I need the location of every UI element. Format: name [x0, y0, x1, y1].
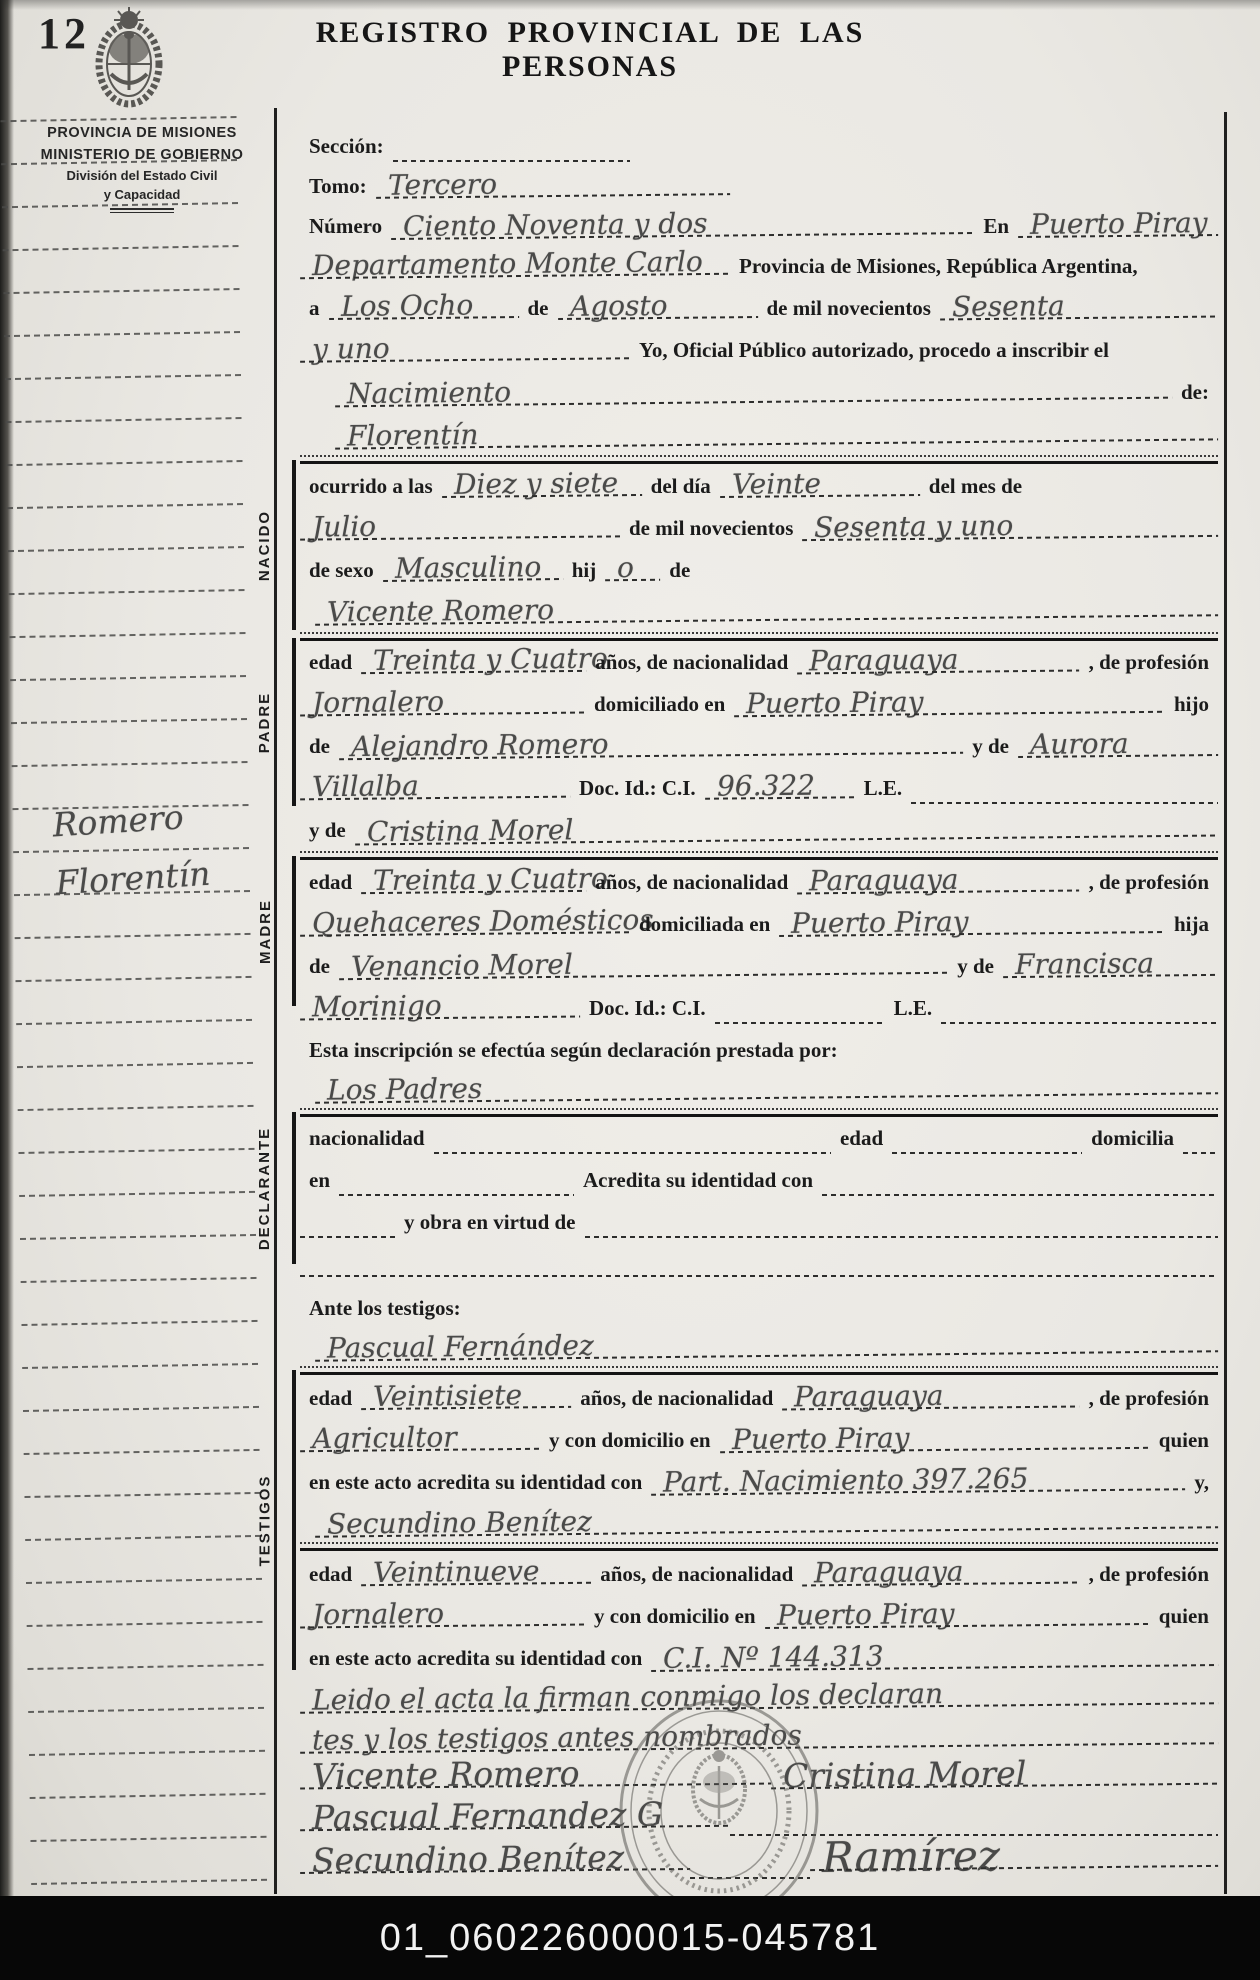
form-row: aLos OchodeAgostode mil novecientosSesen… [300, 288, 1218, 328]
section-separator-rule [300, 632, 1218, 641]
scanned-birth-certificate: 12 REGISTRO PROVINCIAL DE LAS PERSONAS P… [0, 0, 1260, 1980]
fill-line [300, 1207, 395, 1243]
fill-line [892, 1123, 1082, 1159]
witness1-domicile-entry: Puerto Piray [719, 1418, 1150, 1459]
printed-label: de mil novecientos [629, 510, 793, 546]
paternal-grandmother-surname-entry: Villalba [300, 767, 570, 806]
printed-label: hij [572, 552, 597, 588]
margin-line [24, 1449, 262, 1455]
form-row: nacionalidad edad domicilia [300, 1120, 1218, 1160]
form-row: VillalbaDoc. Id.: C.I.96.322L.E. [300, 768, 1218, 808]
year-entry: Sesenta [940, 287, 1218, 326]
printed-label: hija [1174, 906, 1209, 942]
printed-label: a [309, 290, 320, 326]
form-row: Jornaleroy con domicilio enPuerto Pirayq… [300, 1596, 1218, 1636]
margin-line [9, 589, 247, 595]
father-domicile-entry: Puerto Piray [734, 682, 1165, 723]
margin-line [22, 1363, 260, 1369]
printed-label: Acredita su identidad con [583, 1162, 813, 1198]
form-row: edadTreinta y Cuatroaños, de nacionalida… [300, 862, 1218, 902]
witness1-age-entry: Veintisiete [361, 1377, 571, 1415]
form-row: en Acredita su identidad con [300, 1162, 1218, 1202]
witness2-profession-entry: Jornalero [300, 1595, 585, 1634]
printed-label: de [309, 728, 330, 764]
witness1-nationality-entry: Paraguaya [782, 1376, 1080, 1415]
printed-label: de sexo [309, 552, 374, 588]
margin-note: Romero Florentín [39, 788, 212, 913]
margin-line [0, 116, 238, 122]
argentina-coat-of-arms-stamp [88, 4, 170, 112]
section-label-text: PADRE [257, 691, 274, 752]
father-age-entry: Treinta y Cuatro [361, 641, 586, 679]
form-row: Tomo:Tercero [300, 166, 730, 206]
fill-line [822, 1165, 1218, 1201]
printed-label: ocurrido a las [309, 468, 433, 504]
form-row: edadVeintisieteaños, de nacionalidadPara… [300, 1378, 1218, 1418]
printed-label: Doc. Id.: C.I. [589, 990, 706, 1026]
margin-line [30, 1836, 268, 1842]
printed-label: de [528, 290, 549, 326]
margin-line [6, 417, 244, 423]
department-entry: Departamento Monte Carlo [300, 244, 730, 285]
fill-line [941, 993, 1218, 1029]
section-bracket [292, 1112, 296, 1264]
section-label-testigos: TESTIGOS [252, 1370, 278, 1670]
paternal-grandmother-entry: Aurora [1018, 725, 1218, 763]
margin-line [29, 1750, 267, 1756]
maternal-grandmother-entry: Francisca [1003, 945, 1218, 983]
margin-line [20, 1234, 258, 1240]
margin-line [18, 1148, 256, 1154]
birth-year-entry: Sesenta y uno [802, 506, 1218, 546]
printed-label: , de profesión [1089, 1556, 1209, 1592]
section-label-nacido: NACIDO [252, 460, 278, 630]
form-row: y obra en virtud de [300, 1204, 1218, 1244]
witness2-domicile-entry: Puerto Piray [764, 1594, 1150, 1634]
printed-label: edad [840, 1120, 883, 1156]
printed-label: del día [651, 468, 711, 504]
form-row: Florentín [335, 414, 1218, 454]
margin-line [15, 976, 253, 982]
printed-label: en este acto acredita su identidad con [309, 1464, 642, 1500]
section-label-madre: MADRE [252, 856, 278, 1006]
form-row: de sexoMasculinohijode [300, 550, 940, 590]
margin-line [26, 1578, 264, 1584]
printed-label: domiciliada en [639, 906, 770, 942]
form-row: Agricultory con domicilio enPuerto Piray… [300, 1420, 1218, 1460]
printed-label: y con domicilio en [549, 1422, 711, 1458]
printed-label: y de [957, 948, 994, 984]
form-row: edadTreinta y Cuatroaños, de nacionalida… [300, 642, 1218, 682]
margin-line [23, 1406, 261, 1412]
margin-annotation-lines [0, 116, 269, 1910]
margin-line [5, 374, 243, 380]
printed-label: quien [1159, 1422, 1209, 1458]
witness1-name-entry: Pascual Fernández [315, 1321, 1218, 1366]
form-row: NúmeroCiento Noventa y dosEnPuerto Piray [300, 206, 1218, 246]
printed-label: Ante los testigos: [309, 1290, 461, 1326]
section-label-text: TESTIGOS [257, 1474, 274, 1566]
form-row: ocurrido a lasDiez y sietedel díaVeinted… [300, 466, 1218, 506]
witness1-id-entry: Part. Nacimiento 397.265 [651, 1459, 1185, 1501]
section-label-text: NACIDO [257, 509, 274, 580]
printed-label: de [669, 552, 690, 588]
margin-line [28, 1707, 266, 1713]
page-title: REGISTRO PROVINCIAL DE LAS PERSONAS [280, 16, 900, 84]
margin-line [16, 1019, 254, 1025]
printed-label: En [983, 208, 1009, 244]
fill-line [339, 1165, 574, 1201]
section-label-padre: PADRE [252, 638, 278, 806]
margin-line [11, 718, 249, 724]
mother-name-entry: Cristina Morel [355, 805, 1219, 850]
section-label-text: DECLARANTE [257, 1126, 274, 1249]
printed-label: domicilia [1091, 1120, 1174, 1156]
maternal-grandmother-surname-entry: Morinigo [300, 987, 580, 1026]
printed-label: hijo [1174, 686, 1209, 722]
page-number: 12 [38, 8, 90, 59]
witness1-profession-entry: Agricultor [300, 1419, 540, 1458]
signature-mother: Cristina Morel [771, 1754, 1218, 1795]
printed-label: quien [1159, 1598, 1209, 1634]
printed-label: , de profesión [1089, 644, 1209, 680]
mother-age-entry: Treinta y Cuatro [361, 861, 586, 899]
margin-line [25, 1535, 263, 1541]
printed-label: años, de nacionalidad [600, 1556, 793, 1592]
margin-line [27, 1621, 265, 1627]
section-label-declarante: DECLARANTE [252, 1112, 278, 1264]
section-separator-rule [300, 851, 1218, 860]
margin-line [9, 632, 247, 638]
form-row: Juliode mil novecientosSesenta y uno [300, 508, 1218, 548]
margin-line [19, 1191, 257, 1197]
section-separator-rule [300, 1108, 1218, 1117]
printed-label: edad [309, 1380, 352, 1416]
printed-label: en este acto acredita su identidad con [309, 1640, 642, 1676]
printed-label: de [309, 948, 330, 984]
printed-label: del mes de [929, 468, 1022, 504]
printed-label: , de profesión [1089, 1380, 1209, 1416]
margin-line [8, 546, 246, 552]
margin-line [4, 331, 242, 337]
form-row: Nacimientode: [335, 372, 1218, 412]
margin-line [31, 1879, 269, 1885]
section-bracket [292, 638, 296, 806]
father-profession-entry: Jornalero [300, 683, 585, 722]
margin-line [30, 1793, 268, 1799]
birth-month-entry: Julio [300, 506, 620, 545]
father-name-entry: Vicente Romero [315, 585, 1218, 630]
margin-line [7, 503, 245, 509]
tomo-entry: Tercero [375, 164, 730, 204]
printed-label: L.E. [894, 990, 933, 1026]
margin-line [2, 202, 240, 208]
paternal-grandfather-entry: Alejandro Romero [339, 723, 964, 766]
witness2-nationality-entry: Paraguaya [802, 1553, 1080, 1592]
mother-domicile-entry: Puerto Piray [779, 902, 1165, 942]
margin-line [1, 159, 239, 165]
father-ci-entry: 96.322 [704, 767, 854, 805]
printed-label: L.E. [864, 770, 903, 806]
margin-line [18, 1105, 256, 1111]
printed-label: Yo, Oficial Público autorizado, procedo … [639, 332, 1109, 368]
signature-official: Ramírez [810, 1836, 1218, 1876]
mother-nationality-entry: Paraguaya [797, 861, 1080, 900]
printed-label: y de [972, 728, 1009, 764]
printed-label: de: [1181, 374, 1209, 410]
form-row: deAlejandro Romeroy deAurora [300, 726, 1218, 766]
section-label-text: MADRE [257, 899, 274, 964]
year-entry-2: y uno [300, 328, 630, 367]
witness2-name-entry: Secundino Benítez [315, 1497, 1218, 1542]
printed-label: y, [1194, 1464, 1209, 1500]
printed-label: años, de nacionalidad [595, 864, 788, 900]
margin-note-givenname: Florentín [42, 845, 212, 913]
fill-line [911, 773, 1218, 809]
birth-hour-entry: Diez y siete [441, 465, 641, 503]
printed-label: Sección: [309, 128, 384, 164]
seccion-entry [393, 131, 630, 167]
margin-line [17, 1062, 255, 1068]
fill-line [300, 1246, 1218, 1282]
mother-profession-entry: Quehaceres Domésticos [300, 902, 630, 941]
form-right-border [1224, 112, 1227, 1894]
child-name-entry: Florentín [335, 409, 1218, 454]
printed-label: y obra en virtud de [404, 1204, 576, 1240]
section-separator-rule [300, 1366, 1218, 1375]
form-row: Sección: [300, 128, 630, 168]
fill-line [585, 1207, 1218, 1243]
form-row [300, 1246, 1218, 1286]
form-row: Secundino Benítez [315, 1502, 1218, 1542]
form-row: Pascual Fernández [315, 1326, 1218, 1366]
printed-label: edad [309, 864, 352, 900]
maternal-grandfather-entry: Venancio Morel [339, 943, 949, 985]
section-bracket [292, 856, 296, 1006]
printed-label: domiciliado en [594, 686, 725, 722]
printed-label: Número [309, 208, 382, 244]
margin-line [12, 761, 250, 767]
sex-entry: Masculino [383, 549, 563, 587]
printed-label: años, de nacionalidad [580, 1380, 773, 1416]
margin-line [3, 288, 241, 294]
printed-label: Esta inscripción se efectúa según declar… [309, 1032, 838, 1068]
section-separator-rule [300, 455, 1218, 464]
registry-oval-seal-stamp [612, 1694, 827, 1929]
scan-footer-bar: 01_060226000015-045781 [0, 1896, 1260, 1980]
margin-note-surname: Romero [39, 787, 209, 855]
form-row: y deCristina Morel [300, 810, 1218, 850]
printed-label: Doc. Id.: C.I. [579, 770, 696, 806]
fill-line [1183, 1123, 1218, 1159]
margin-line [27, 1664, 265, 1670]
form-row: MorinigoDoc. Id.: C.I. L.E. [300, 988, 1218, 1028]
form-row: edadVeintinueveaños, de nacionalidadPara… [300, 1554, 1218, 1594]
declarant-entry: Los Padres [315, 1063, 1218, 1108]
form-row: en este acto acredita su identidad conPa… [300, 1462, 1218, 1502]
fill-line [715, 993, 885, 1029]
month-entry: Agosto [557, 287, 757, 325]
printed-label: edad [309, 644, 352, 680]
birth-day-entry: Veinte [720, 465, 920, 503]
margin-line [21, 1277, 259, 1283]
margin-line [6, 460, 244, 466]
printed-label: Provincia de Misiones, República Argenti… [739, 248, 1138, 284]
printed-label: , de profesión [1089, 864, 1209, 900]
margin-line [15, 933, 253, 939]
printed-label: años, de nacionalidad [595, 644, 788, 680]
section-bracket [292, 460, 296, 630]
printed-label: Tomo: [309, 168, 367, 204]
form-row: Los Padres [315, 1068, 1218, 1108]
scan-top-shadow [0, 0, 1260, 10]
form-row: Vicente Romero [315, 590, 1218, 630]
printed-label: nacionalidad [309, 1120, 425, 1156]
form-row: Quehaceres Domésticosdomiciliada enPuert… [300, 904, 1218, 944]
form-row: Jornalerodomiciliado enPuerto Pirayhijo [300, 684, 1218, 724]
margin-line [24, 1492, 262, 1498]
printed-label: edad [309, 1556, 352, 1592]
father-nationality-entry: Paraguaya [797, 641, 1080, 680]
place-entry: Puerto Piray [1018, 205, 1218, 243]
printed-label: en [309, 1162, 330, 1198]
margin-line [3, 245, 241, 251]
section-separator-rule [300, 1542, 1218, 1551]
printed-label: de mil novecientos [767, 290, 931, 326]
margin-line [10, 675, 248, 681]
record-type-entry: Nacimiento [335, 368, 1172, 413]
fill-line [434, 1123, 831, 1159]
form-row: y unoYo, Oficial Público autorizado, pro… [300, 330, 1218, 370]
witness2-id-entry: C.I. Nº 144.313 [651, 1635, 1218, 1677]
form-row: en este acto acredita su identidad conC.… [300, 1638, 1218, 1678]
hijo-suffix-entry: o [605, 550, 660, 587]
form-row: Departamento Monte CarloProvincia de Mis… [300, 246, 1218, 286]
document-reference-number: 01_060226000015-045781 [380, 1917, 880, 1960]
acta-number-entry: Ciento Noventa y dos [391, 203, 975, 245]
margin-line [21, 1320, 259, 1326]
day-entry: Los Ocho [328, 287, 518, 325]
section-bracket [292, 1370, 296, 1670]
printed-label: y de [309, 812, 346, 848]
form-row: deVenancio Morely deFrancisca [300, 946, 1218, 986]
witness2-age-entry: Veintinueve [361, 1553, 591, 1591]
printed-label: y con domicilio en [594, 1598, 756, 1634]
